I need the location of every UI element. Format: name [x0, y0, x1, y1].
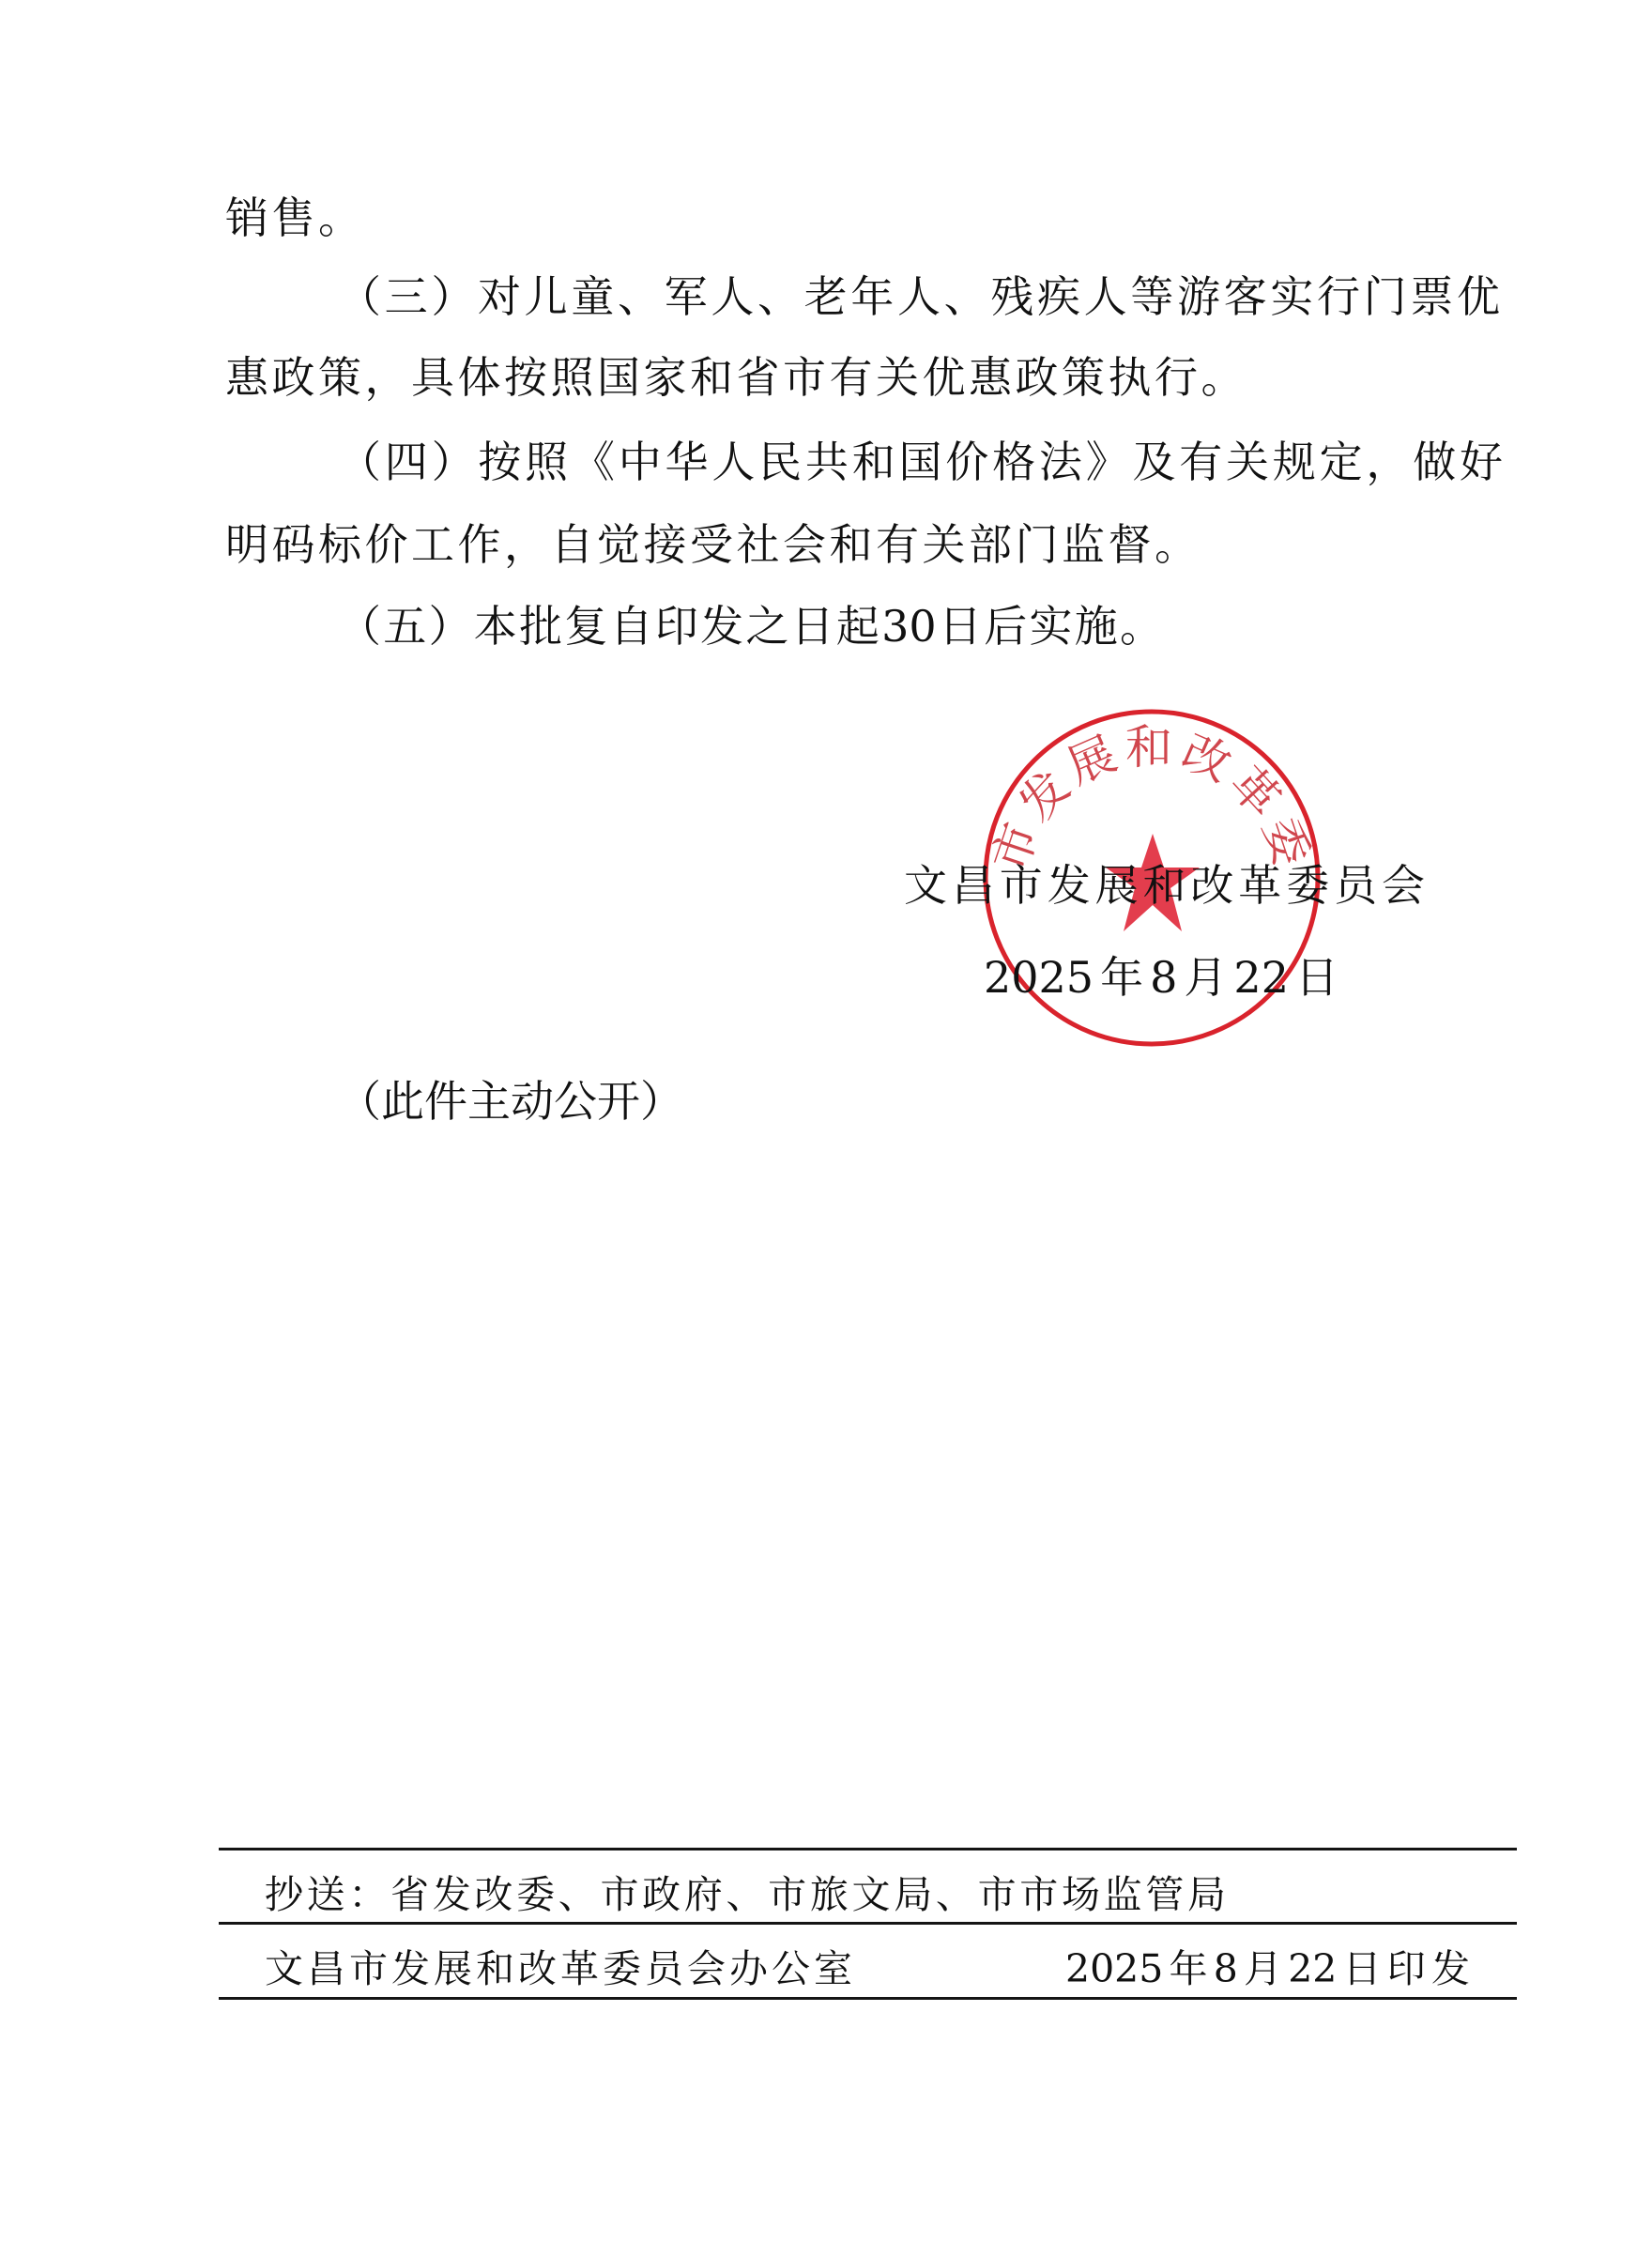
body-line-2: （三）对儿童、军人、老年人、残疾人等游客实行门票优	[338, 269, 1500, 325]
body-line-4: （四）按照《中华人民共和国价格法》及有关规定，做好	[338, 434, 1503, 490]
footer-rule-middle	[219, 1922, 1517, 1925]
footer-issuer: 文昌市发展和改革委员会办公室	[265, 1943, 852, 1994]
signature-date: 2025年8月22日	[984, 949, 1338, 1006]
body-line-3: 惠政策，具体按照国家和省市有关优惠政策执行。	[225, 349, 1247, 406]
footer-rule-top	[219, 1848, 1517, 1850]
body-line-6: （五）本批复自印发之日起30日后实施。	[338, 598, 1163, 654]
footer-rule-bottom	[219, 1997, 1517, 2000]
disclosure-note: （此件主动公开）	[338, 1073, 674, 1129]
signature-organization: 文昌市发展和改革委员会	[904, 857, 1425, 914]
body-line-1: 销售。	[225, 190, 365, 246]
footer-issue-date: 2025年8月22日印发	[1065, 1943, 1470, 1994]
footer-cc-line: 抄送：省发改委、市政府、市旅文局、市市场监管局	[265, 1869, 1226, 1920]
body-line-5: 明码标价工作，自觉接受社会和有关部门监督。	[225, 516, 1201, 573]
document-page: 销售。 （三）对儿童、军人、老年人、残疾人等游客实行门票优 惠政策，具体按照国家…	[0, 0, 1652, 2242]
